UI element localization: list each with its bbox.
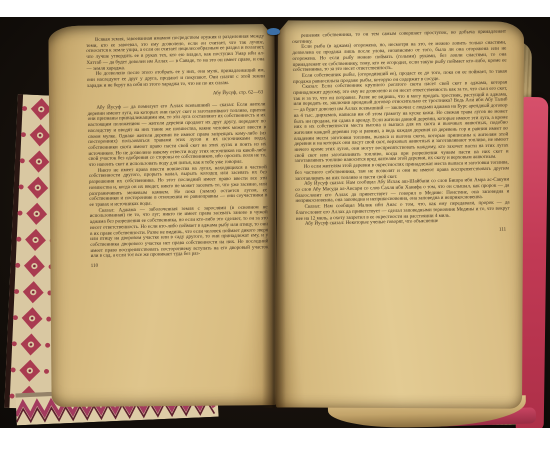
attribution-line: Абу Йусуф, стр. 62—63: [87, 91, 263, 100]
white-border-bottom: [0, 428, 550, 450]
paragraph: Абу Йусуф — да помилует его Аллах всевыш…: [87, 102, 266, 168]
photo-background: Всякая земля, завоеванная имамом посредс…: [0, 17, 550, 428]
left-page-text: Всякая земля, завоеванная имамом посредс…: [86, 34, 269, 269]
paragraph: Сказал: Аджама — заболоченная земля с за…: [90, 205, 269, 260]
paragraph: Всякая земля, завоеванная имамом посредс…: [86, 34, 265, 72]
white-border-top: [0, 0, 550, 17]
paragraph: Не дозволено после этого отобрать ее у н…: [87, 68, 265, 89]
paragraph: Если рыба (в аджама) огорожена, но, несм…: [292, 41, 507, 74]
photo-of-open-book: Всякая земля, завоеванная имамом посредс…: [0, 0, 550, 450]
paragraph: Сказал: Если собственник крупного рогато…: [293, 81, 509, 165]
right-page-text: решения собственника, то он тем самым со…: [292, 30, 510, 238]
headband-blue: [267, 28, 280, 35]
paragraph: Никто не имеет права ввести новшества на…: [89, 165, 268, 209]
